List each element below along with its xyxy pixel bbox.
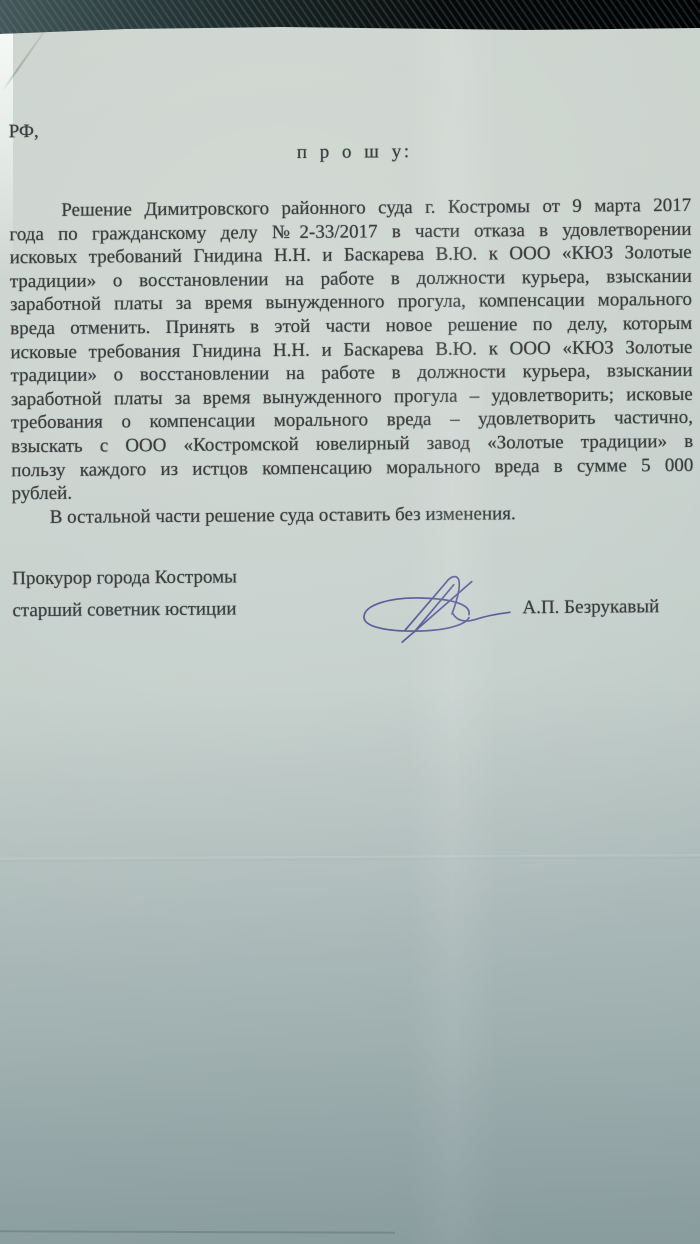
document-page: РФ, п р о ш у: Решение Димитровского рай… bbox=[0, 0, 700, 1244]
signer-title-line2: старший советник юстиции bbox=[12, 598, 236, 622]
petition-body: Решение Димитровского районного суда г. … bbox=[9, 194, 694, 530]
handwritten-signature-icon bbox=[350, 570, 516, 651]
document-photo: РФ, п р о ш у: Решение Димитровского рай… bbox=[0, 0, 700, 1244]
document-content: РФ, п р о ш у: Решение Димитровского рай… bbox=[0, 0, 700, 1244]
paragraph-fragment: РФ, bbox=[9, 121, 39, 143]
body-closing-line: В остальной части решение суда оставить … bbox=[12, 501, 694, 530]
petition-heading: п р о ш у: bbox=[297, 141, 412, 164]
signer-name: А.П. Безрукавый bbox=[522, 596, 659, 619]
signer-title-line1: Прокурор города Костромы bbox=[12, 566, 237, 590]
